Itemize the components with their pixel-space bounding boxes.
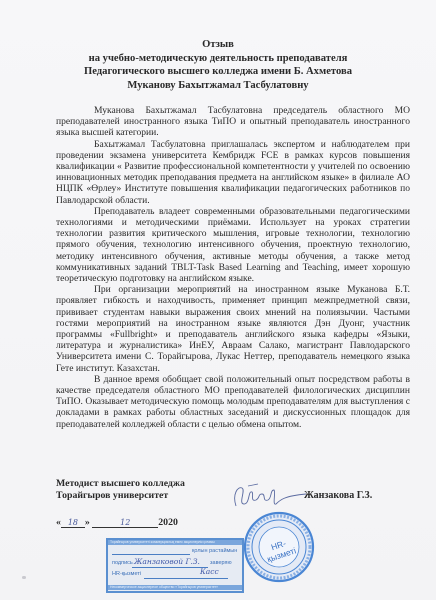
- paragraph-4: При организации мероприятий на иностранн…: [56, 284, 410, 374]
- signer-name: Жанзакова Г.З.: [304, 490, 372, 501]
- document-page: Отзыв на учебно-методическую деятельност…: [0, 0, 436, 600]
- stamp-line: [112, 554, 190, 555]
- date-close-quote: »: [85, 517, 90, 528]
- stamp-line: [132, 567, 208, 568]
- stamp-line: [144, 578, 228, 579]
- handwritten-signature-icon: [228, 480, 308, 512]
- paragraph-3: Преподаватель владеет современными образ…: [56, 206, 410, 284]
- date-year: 2020: [158, 517, 178, 528]
- stamp-row3-label: HR-қызметі: [112, 571, 141, 577]
- document-body: Муканова Бахытжамал Тасбулатовна председ…: [56, 105, 410, 430]
- signer-position: Методист высшего колледжа Торайгыров уни…: [56, 478, 185, 502]
- position-line-2: Торайгыров университет: [56, 490, 185, 502]
- title-institution: Педагогического высшего колледжа имени Б…: [0, 65, 436, 79]
- paragraph-2: Бахытжамал Тасбулатовна приглашалась экс…: [56, 139, 410, 206]
- stamp-row2-label-left: подпись: [112, 560, 133, 566]
- position-line-1: Методист высшего колледжа: [56, 478, 185, 490]
- date-day: 18: [61, 518, 85, 528]
- scan-artifact: [22, 576, 26, 579]
- stamp-handwritten-initials: Касс: [200, 567, 219, 576]
- stamp-row1-label: қолын растаймын: [192, 548, 237, 554]
- stamp-handwritten-name: Жанзаковой Г.З.: [134, 557, 200, 566]
- title-subject: на учебно-методическую деятельность преп…: [0, 52, 436, 66]
- paragraph-5: В данное время обобщает свой положительн…: [56, 374, 410, 430]
- title-heading: Отзыв: [0, 38, 436, 52]
- title-person: Муканову Бахытжамал Тасбулатовну: [0, 79, 436, 93]
- paragraph-1: Муканова Бахытжамал Тасбулатовна председ…: [56, 105, 410, 139]
- date-month: 12: [92, 518, 158, 528]
- stamp-bottom-text: Некоммерческое акционерное общество «Тор…: [108, 585, 242, 590]
- certification-stamp: Торайғыров университеті коммерциялық еме…: [106, 538, 244, 593]
- document-title-block: Отзыв на учебно-методическую деятельност…: [0, 38, 436, 92]
- date-line: «18» 122020: [56, 517, 178, 528]
- stamp-row2-label-right: заверяю: [210, 560, 232, 566]
